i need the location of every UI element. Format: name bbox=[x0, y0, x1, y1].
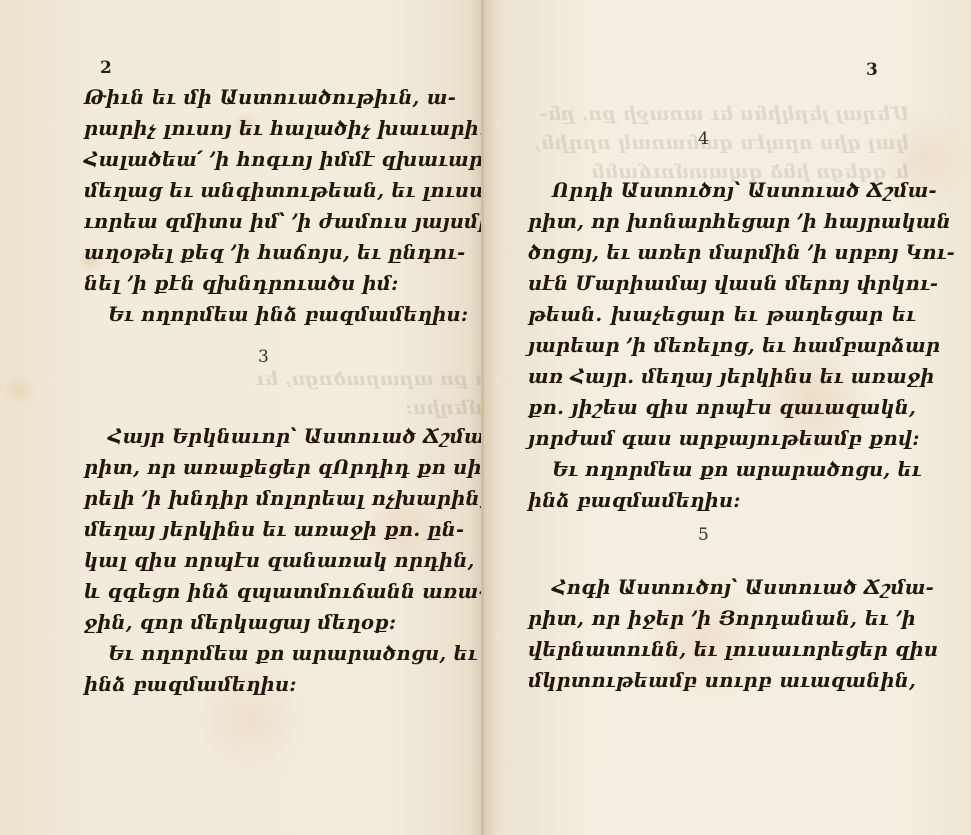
text-line: Հալածեա՛ ՚ի հոգւոյ իմմէ զխաւար bbox=[84, 144, 456, 175]
text-line: առ Հայր. մեղայ յերկինս եւ առաջի bbox=[528, 361, 916, 392]
left-page: Եւ ողորմեա քո արարածոցս, եւինձ բազմամեղի… bbox=[0, 0, 483, 835]
section-number: 5 bbox=[698, 525, 709, 545]
page-number: 2 bbox=[100, 58, 112, 78]
text-line: յարեար ՚ի մեռելոց, եւ համբարձար bbox=[528, 330, 916, 361]
section-number: 4 bbox=[698, 129, 709, 149]
show-through-text: Մեղայ յերկինս եւ առաջի քո. ըն-կալ զիս որ… bbox=[534, 100, 909, 187]
text-line: րելի ՚ի խնդիր մոլորեալ ոչխարին, bbox=[84, 483, 456, 514]
text-line: քո. յիշեա զիս որպէս զաւազակն, bbox=[528, 392, 916, 423]
refrain-line: Եւ ողորմեա քո արարածոցս, եւ bbox=[84, 638, 456, 669]
text-line: նել ՚ի քէն զխնդրուածս իմ: bbox=[84, 268, 456, 299]
text-line: րիտ, որ խոնարհեցար ՚ի հայրական bbox=[528, 206, 916, 237]
text-line: Հայր Երկնաւոր՝ Աստուած Ճշմա- bbox=[84, 421, 456, 452]
text-line: ւորեա զմիտս իմ՝ ՚ի ժամուս յայսմիկ bbox=[84, 206, 456, 237]
text-line: վերնատունն, եւ լուսաւորեցեր զիս bbox=[528, 634, 916, 665]
prayer-section-4: Որդի Աստուծոյ՝ Աստուած Ճշմա- րիտ, որ խոն… bbox=[528, 175, 916, 516]
refrain-line: ինձ բազմամեղիս: bbox=[528, 485, 916, 516]
text-line: կալ զիս որպէս զանառակ որդին, bbox=[84, 545, 456, 576]
refrain-line: Եւ ողորմեա քո արարածոցս, եւ bbox=[528, 454, 916, 485]
text-line: և զգեցո ինձ զպատմուճանն առա- bbox=[84, 576, 456, 607]
text-line: րիտ, որ իջեր ՚ի Յորդանան, եւ ՚ի bbox=[528, 603, 916, 634]
prayer-section-3: Հայր Երկնաւոր՝ Աստուած Ճշմա- րիտ, որ առա… bbox=[84, 421, 456, 700]
text-line: րիտ, որ առաքեցեր զՈրդիդ քո սի- bbox=[84, 452, 456, 483]
text-line: մեղաց եւ անգիտութեան, եւ լուսա- bbox=[84, 175, 456, 206]
text-line: Հոգի Աստուծոյ՝ Աստուած Ճշմա- bbox=[528, 572, 916, 603]
prayer-section-5: Հոգի Աստուծոյ՝ Աստուած Ճշմա- րիտ, որ իջե… bbox=[528, 572, 916, 696]
text-line: սէն Մարիամայ վասն մերոյ փրկու- bbox=[528, 268, 916, 299]
prayer-continued: Թիւն եւ մի Աստուածութիւն, ա- րարիչ լուսո… bbox=[84, 82, 456, 330]
text-line: րարիչ լուսոյ եւ հալածիչ խաւարի. bbox=[84, 113, 456, 144]
text-line: Թիւն եւ մի Աստուածութիւն, ա- bbox=[84, 82, 456, 113]
text-line: ծոցոյ, եւ առեր մարմին ՚ի սրբոյ Կու- bbox=[528, 237, 916, 268]
page-number: 3 bbox=[866, 60, 878, 80]
text-line: ջին, զոր մերկացայ մեղօք: bbox=[84, 607, 456, 638]
refrain-line: Եւ ողորմեա ինձ բազմամեղիս: bbox=[84, 299, 456, 330]
right-page: Մեղայ յերկինս եւ առաջի քո. ըն-կալ զիս որ… bbox=[484, 0, 971, 835]
text-line: աղօթել քեզ ՚ի հաճոյս, եւ ընդու- bbox=[84, 237, 456, 268]
text-line: յորժամ գաս արքայութեամբ քով: bbox=[528, 423, 916, 454]
section-number: 3 bbox=[258, 347, 269, 367]
text-line: թեան. խաչեցար եւ թաղեցար եւ bbox=[528, 299, 916, 330]
text-line: մկրտութեամբ սուրբ աւազանին, bbox=[528, 665, 916, 696]
refrain-line: ինձ բազմամեղիս: bbox=[84, 669, 456, 700]
text-line: Որդի Աստուծոյ՝ Աստուած Ճշմա- bbox=[528, 175, 916, 206]
text-line: մեղայ յերկինս եւ առաջի քո. ըն- bbox=[84, 514, 456, 545]
